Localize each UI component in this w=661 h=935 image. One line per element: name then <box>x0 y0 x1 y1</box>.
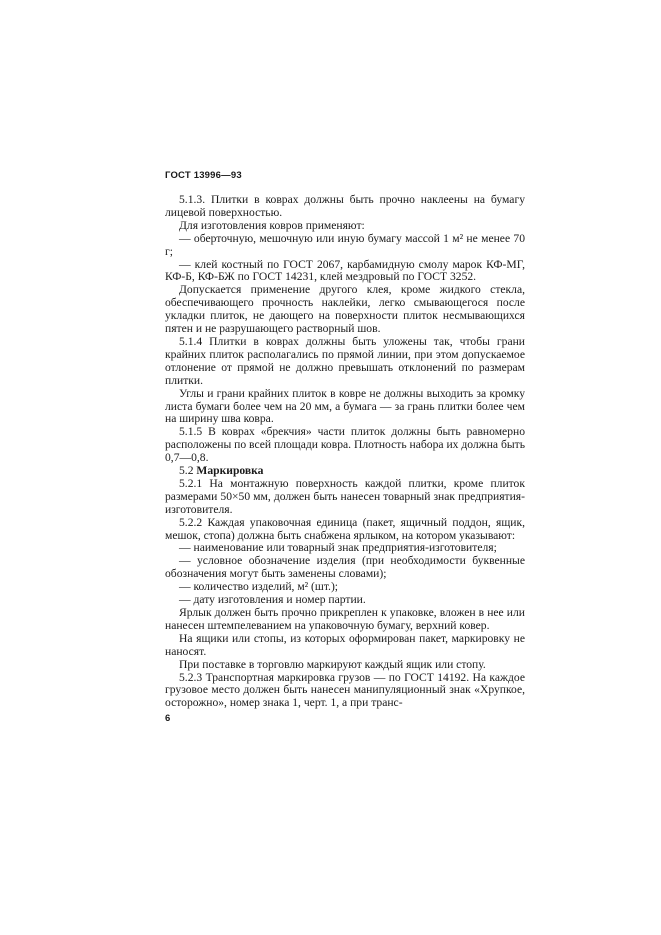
paragraph-5-1-5: 5.1.5 В коврах «брекчия» части плиток до… <box>165 426 525 465</box>
list-item-paper: — оберточную, мешочную или иную бумагу м… <box>165 233 525 259</box>
document-header: ГОСТ 13996—93 <box>165 170 525 182</box>
section-title: Маркировка <box>196 464 263 477</box>
section-number: 5.2 <box>179 464 194 477</box>
paragraph-5-1-3: 5.1.3. Плитки в коврах должны быть прочн… <box>165 194 525 220</box>
paragraph-5-2-2: 5.2.2 Каждая упаковочная единица (пакет,… <box>165 517 525 543</box>
page-number: 6 <box>165 713 525 725</box>
list-item-glue: — клей костный по ГОСТ 2067, карбамидную… <box>165 259 525 285</box>
paragraph-5-2-3: 5.2.3 Транспортная маркировка грузов — п… <box>165 672 525 711</box>
paragraph-other-glue: Допускается применение другого клея, кро… <box>165 284 525 336</box>
paragraph-retail: При поставке в торговлю маркируют каждый… <box>165 659 525 672</box>
paragraph-5-1-4: 5.1.4 Плитки в коврах должны быть уложен… <box>165 336 525 388</box>
paragraph-materials-intro: Для изготовления ковров применяют: <box>165 220 525 233</box>
document-page: ГОСТ 13996—93 5.1.3. Плитки в коврах дол… <box>165 170 525 725</box>
paragraph-label: Ярлык должен быть прочно прикреплен к уп… <box>165 607 525 633</box>
document-body: 5.1.3. Плитки в коврах должны быть прочн… <box>165 194 525 710</box>
paragraph-boxes: На ящики или стопы, из которых оформиров… <box>165 633 525 659</box>
paragraph-corners: Углы и грани крайних плиток в ковре не д… <box>165 388 525 427</box>
paragraph-5-2-1: 5.2.1 На монтажную поверхность каждой пл… <box>165 478 525 517</box>
section-heading-5-2: 5.2 Маркировка <box>165 465 525 478</box>
list-item-designation: — условное обозначение изделия (при необ… <box>165 555 525 581</box>
